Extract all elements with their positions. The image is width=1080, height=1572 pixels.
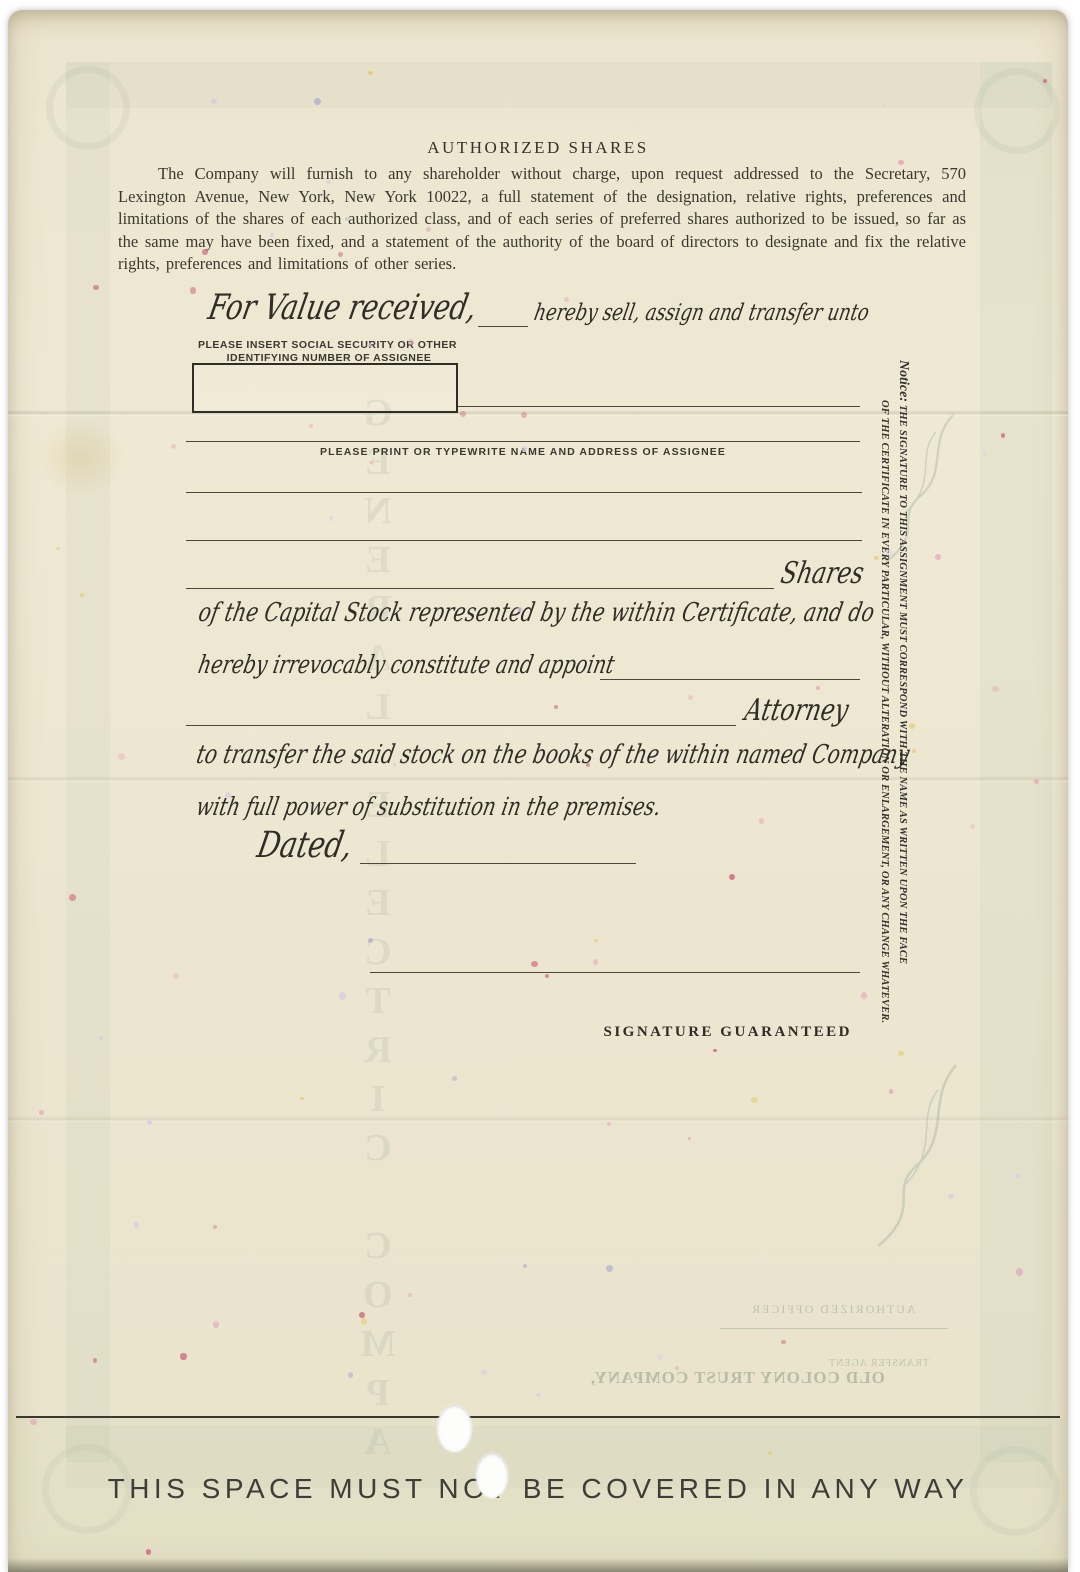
planchette-dot (39, 1110, 44, 1115)
planchette-dot (118, 753, 124, 760)
planchette-dot (594, 939, 598, 942)
planchette-dot (536, 1393, 541, 1397)
space-not-covered-notice: THIS SPACE MUST NOT BE COVERED IN ANY WA… (8, 1473, 1068, 1505)
planchette-dot (593, 959, 598, 964)
showthrough-authorized-officer: AUTHORIZED OFFICER (750, 1302, 916, 1317)
books-clause-script: to transfer the said stock on the books … (194, 740, 912, 770)
showthrough-company-name: GENERAL ELECTRIC COMPANY (356, 392, 452, 1472)
planchette-dot (554, 705, 558, 709)
planchette-dot (300, 1097, 304, 1100)
planchette-dot (545, 974, 549, 978)
planchette-dot (134, 1222, 139, 1227)
planchette-dot (759, 818, 764, 823)
planchette-dot (213, 1321, 219, 1327)
sell-assign-transfer-script: hereby sell, assign and transfer unto (532, 300, 871, 326)
planchette-dot (452, 1076, 457, 1081)
showthrough-border-right (980, 62, 1052, 1462)
bottom-rule-line (16, 1416, 1060, 1418)
signature-notice-rotated: Notice: THE SIGNATURE TO THIS ASSIGNMENT… (875, 360, 914, 1044)
planchette-dot (190, 287, 196, 293)
planchette-dot (688, 1137, 692, 1140)
planchette-dot (56, 547, 60, 550)
planchette-dot (348, 1372, 353, 1377)
attorney-name-line (600, 679, 860, 680)
ssn-instruction-label: PLEASE INSERT SOCIAL SECURITY OR OTHER I… (198, 339, 460, 364)
planchette-dot (171, 444, 176, 449)
notice-line-2: OF THE CERTIFICATE IN EVERY PARTICULAR, … (875, 360, 892, 1044)
planchette-dot (309, 424, 313, 428)
for-value-received-script: For Value received, (205, 288, 480, 328)
planchette-dot (213, 1225, 217, 1229)
authorized-shares-title: AUTHORIZED SHARES (8, 138, 1068, 158)
attorney-continuation-line (186, 725, 736, 726)
hole-punch (476, 1453, 508, 1498)
substitution-clause-script: with full power of substitution in the p… (194, 792, 664, 821)
planchette-dot (180, 1353, 186, 1359)
planchette-dot (713, 1049, 717, 1052)
notice-line-1: THE SIGNATURE TO THIS ASSIGNMENT MUST CO… (897, 405, 908, 964)
authorized-shares-paragraph: The Company will furnish to any sharehol… (118, 163, 966, 276)
notice-prefix: Notice: (896, 360, 911, 402)
hole-punch (437, 1405, 472, 1452)
assignee-instruction-label: PLEASE PRINT OR TYPEWRITE NAME AND ADDRE… (186, 446, 860, 458)
planchette-dot (816, 686, 820, 689)
attorney-word-script: Attorney (742, 693, 852, 728)
showthrough-signature-line (720, 1328, 948, 1329)
dated-word-script: Dated, (254, 825, 356, 866)
signature-line (370, 972, 860, 973)
paper-stain (36, 418, 126, 498)
appoint-clause-script: hereby irrevocably constitute and appoin… (196, 650, 617, 679)
showthrough-border-left (66, 62, 110, 1462)
planchette-dot (481, 1370, 487, 1375)
planchette-dot (531, 961, 538, 967)
blank-line-assignor (478, 326, 528, 327)
assignee-name-line (186, 441, 860, 442)
assignee-address-line-2 (186, 540, 862, 541)
planchette-dot (781, 1340, 785, 1344)
shares-word-script: Shares (778, 556, 867, 591)
blank-line-after-ssn-box (458, 406, 860, 407)
planchette-dot (688, 695, 693, 700)
capital-stock-clause-script: of the Capital Stock represented by the … (196, 598, 877, 628)
planchette-dot (751, 1097, 758, 1103)
planchette-dot (173, 973, 180, 980)
planchette-dot (523, 1264, 527, 1269)
signature-guaranteed-label: SIGNATURE GUARANTEED (560, 1024, 852, 1041)
planchette-dot (339, 992, 346, 1000)
date-entry-line (360, 863, 636, 864)
planchette-dot (729, 874, 735, 880)
planchette-dot (970, 824, 975, 829)
planchette-dot (657, 1354, 662, 1360)
showthrough-trust-company: OLD COLONY TRUST COMPANY, (590, 1368, 885, 1388)
planchette-dot (861, 992, 867, 999)
certificate-back-paper: GENERAL ELECTRIC COMPANY AUTHORIZED OFFI… (8, 10, 1068, 1572)
planchette-dot (606, 1265, 613, 1272)
shares-count-line (186, 588, 774, 589)
ssn-entry-box (192, 363, 458, 413)
showthrough-signature-scribble (856, 1050, 976, 1260)
showthrough-border-top (66, 62, 1052, 108)
assignee-address-line-1 (186, 492, 862, 493)
fold-crease (8, 1116, 1068, 1123)
planchette-dot (329, 516, 333, 520)
